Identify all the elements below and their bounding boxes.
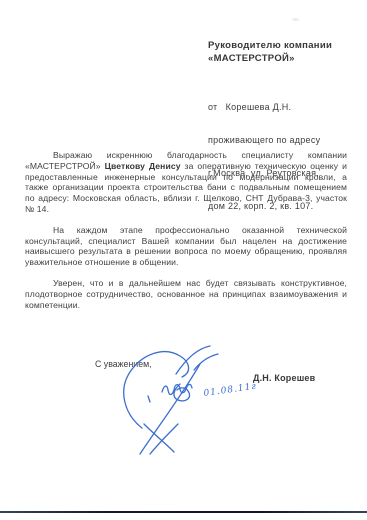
sender-line-2: проживающего по адресу — [208, 135, 320, 146]
recipient-line-2: «МАСТЕРСТРОЙ» — [208, 53, 332, 66]
scan-artifact — [292, 18, 299, 21]
specialist-name: Цветкову Денису — [105, 161, 181, 171]
signature-stroke-cross-2 — [150, 424, 178, 454]
letter-page: Руководителю компании «МАСТЕРСТРОЙ» от К… — [0, 0, 367, 520]
signature-stroke-tail — [140, 364, 200, 454]
handwritten-date: 01.08.11г. — [203, 381, 258, 399]
scan-edge-line — [0, 511, 367, 513]
paragraph-2: На каждом этапе профессионально оказанно… — [25, 225, 347, 268]
signer-name: Д.Н. Корешев — [253, 373, 315, 383]
signature-stroke-cross-1 — [144, 424, 174, 452]
signature-stroke-loop — [124, 352, 189, 428]
sender-line-1: от Корешева Д.Н. — [208, 102, 320, 113]
handwritten-signature: 01.08.11г. — [118, 344, 258, 462]
paragraph-3: Уверен, что и в дальнейшем нас будет свя… — [25, 278, 347, 310]
recipient-block: Руководителю компании «МАСТЕРСТРОЙ» — [208, 40, 332, 65]
paragraph-1: Выражаю искреннюю благодарность специали… — [25, 150, 347, 215]
signature-stroke-tick — [148, 396, 150, 402]
recipient-line-1: Руководителю компании — [208, 40, 332, 53]
letter-body: Выражаю искреннюю благодарность специали… — [25, 150, 347, 320]
